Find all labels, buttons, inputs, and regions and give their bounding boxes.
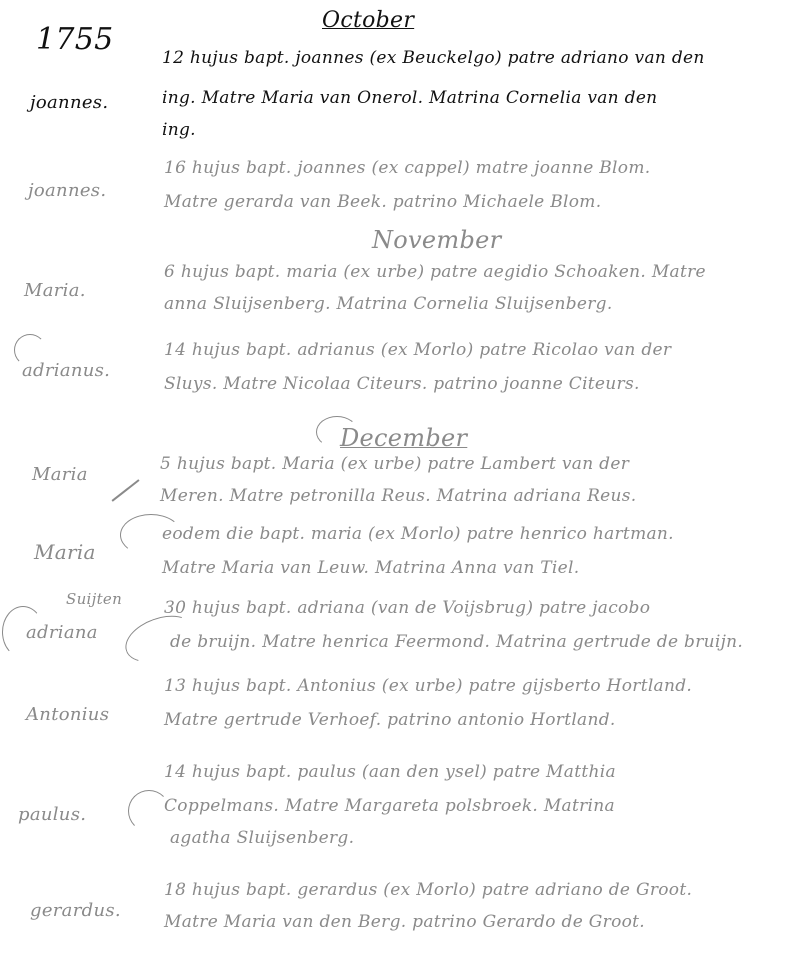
margin-name: joannes.: [30, 92, 108, 113]
entry-line: 6 hujus bapt. maria (ex urbe) patre aegi…: [164, 262, 706, 282]
margin-name: Maria: [34, 540, 96, 564]
month-heading-november: November: [372, 226, 501, 254]
margin-stroke: [112, 479, 140, 501]
month-heading-october: October: [322, 8, 414, 33]
margin-name: joannes.: [28, 180, 106, 201]
margin-name: Maria.: [24, 280, 86, 301]
entry-line: 30 hujus bapt. adriana (van de Voijsbrug…: [164, 598, 650, 618]
entry-line: Meren. Matre petronilla Reus. Matrina ad…: [160, 486, 637, 506]
margin-name: gerardus.: [30, 900, 121, 921]
entry-line: Matre gerarda van Beek. patrino Michaele…: [164, 192, 601, 212]
entry-line: ing.: [162, 120, 196, 140]
entry-line: 18 hujus bapt. gerardus (ex Morlo) patre…: [164, 880, 692, 900]
margin-note: Suijten: [66, 590, 122, 608]
margin-name: adrianus.: [22, 360, 110, 381]
register-year: 1755: [36, 22, 114, 57]
entry-line: 12 hujus bapt. joannes (ex Beuckelgo) pa…: [162, 48, 705, 68]
entry-line: 13 hujus bapt. Antonius (ex urbe) patre …: [164, 676, 692, 696]
entry-line: eodem die bapt. maria (ex Morlo) patre h…: [162, 524, 674, 544]
margin-name: adriana: [26, 622, 98, 643]
margin-name: paulus.: [18, 804, 86, 825]
entry-line: anna Sluijsenberg. Matrina Cornelia Slui…: [164, 294, 613, 314]
entry-line: 14 hujus bapt. paulus (aan den ysel) pat…: [164, 762, 616, 782]
entry-line: Coppelmans. Matre Margareta polsbroek. M…: [164, 796, 615, 816]
entry-line: Matre Maria van den Berg. patrino Gerard…: [164, 912, 645, 932]
entry-line: 5 hujus bapt. Maria (ex urbe) patre Lamb…: [160, 454, 629, 474]
entry-line: agatha Sluijsenberg.: [170, 828, 354, 848]
register-page: 1755 October joannes. 12 hujus bapt. joa…: [0, 0, 800, 961]
margin-name: Maria: [32, 464, 88, 485]
entry-line: Sluys. Matre Nicolaa Citeurs. patrino jo…: [164, 374, 640, 394]
margin-name: Antonius: [26, 704, 109, 725]
entry-line: 14 hujus bapt. adrianus (ex Morlo) patre…: [164, 340, 671, 360]
entry-line: de bruijn. Matre henrica Feermond. Matri…: [170, 632, 743, 652]
entry-line: Matre Maria van Leuw. Matrina Anna van T…: [162, 558, 579, 578]
month-heading-december: December: [340, 424, 467, 452]
entry-line: 16 hujus bapt. joannes (ex cappel) matre…: [164, 158, 650, 178]
entry-line: Matre gertrude Verhoef. patrino antonio …: [164, 710, 616, 730]
entry-line: ing. Matre Maria van Onerol. Matrina Cor…: [162, 88, 657, 108]
